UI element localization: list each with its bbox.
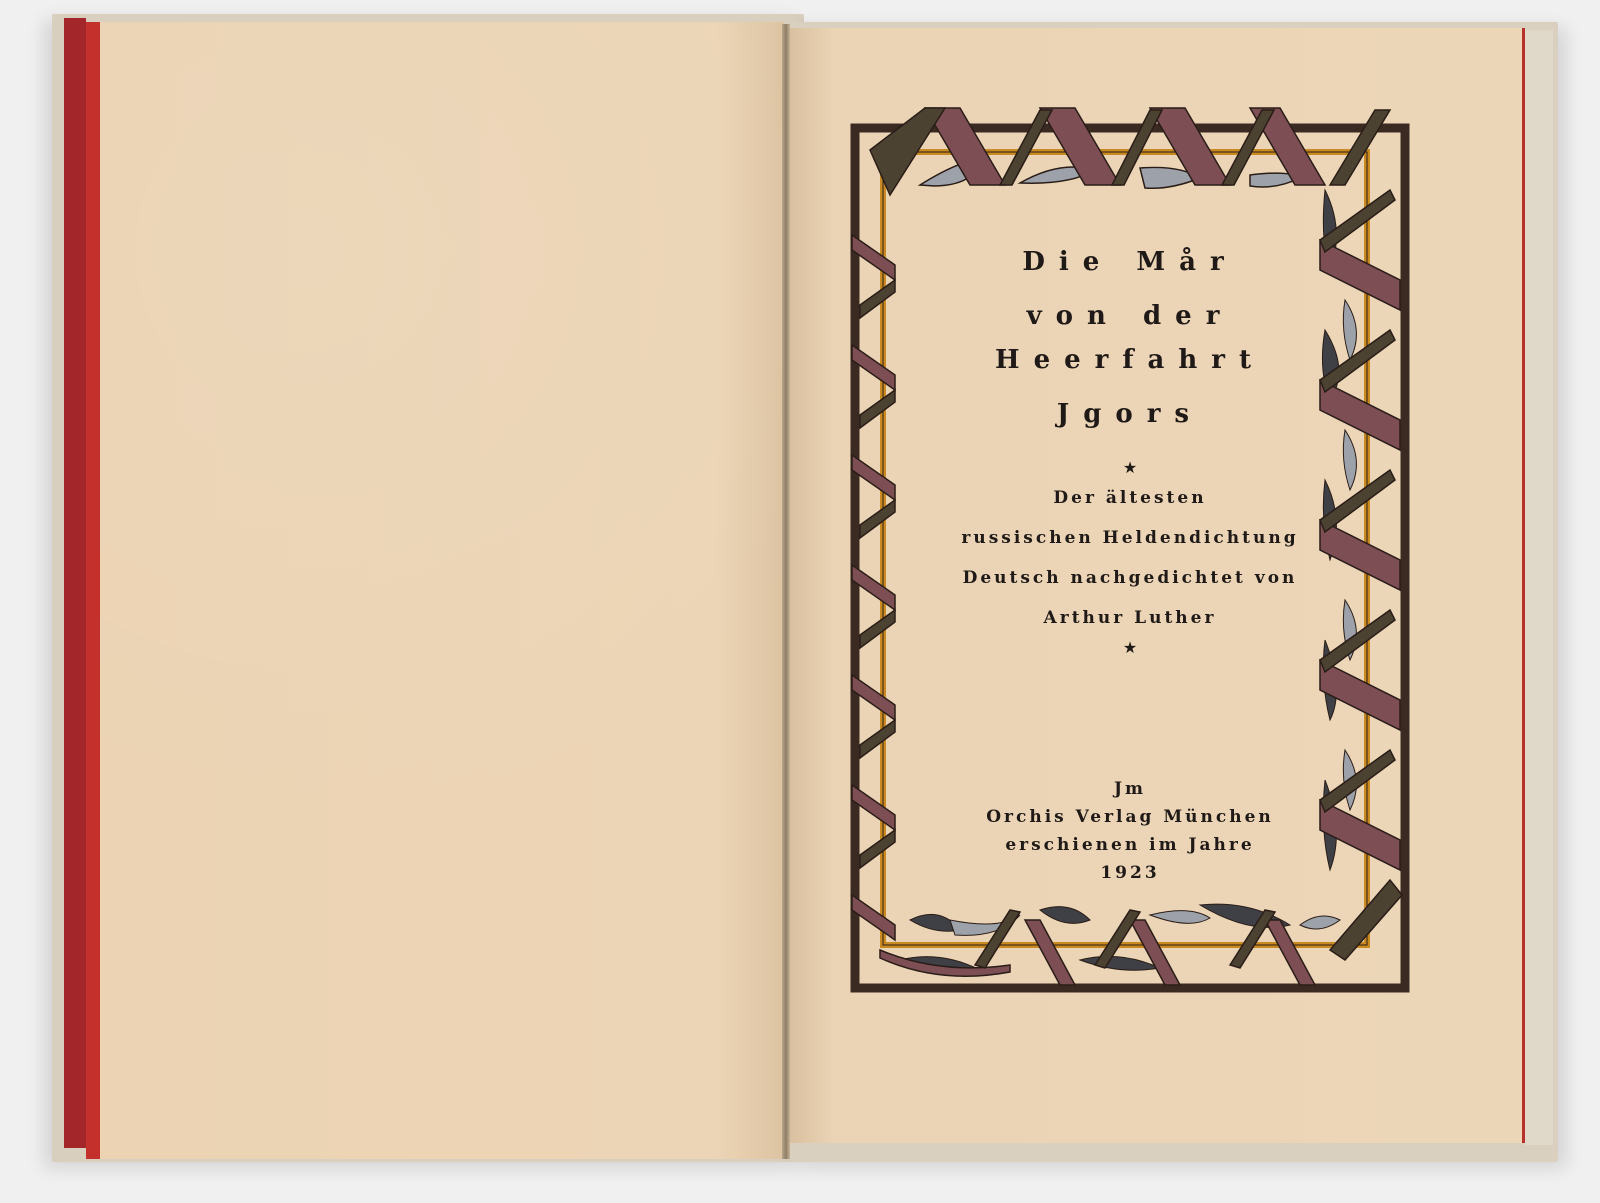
title-block: Die Mår von der Heerfahrt Jgors ★ Der äl… — [900, 230, 1360, 658]
subtitle-line-1: Der ältesten — [900, 478, 1360, 518]
star-ornament-icon: ★ — [900, 458, 1360, 478]
title-line-3: Jgors — [900, 392, 1360, 436]
left-blank-page — [100, 22, 784, 1159]
star-ornament-icon: ★ — [900, 638, 1360, 658]
book-gutter — [782, 24, 790, 1159]
imprint-block: Jm Orchis Verlag München erschienen im J… — [900, 775, 1360, 887]
title-line-1: Die Mår — [900, 240, 1360, 284]
red-flyleaf-edge — [86, 22, 100, 1159]
title-line-2: von der Heerfahrt — [900, 294, 1360, 382]
subtitle-line-2: russischen Heldendichtung — [900, 518, 1360, 558]
author-name: Arthur Luther — [900, 598, 1360, 638]
right-board-edge — [1525, 30, 1553, 1145]
publication-year: 1923 — [900, 859, 1360, 887]
imprint-line-3: erschienen im Jahre — [900, 831, 1360, 859]
imprint-line-1: Jm — [900, 775, 1360, 803]
subtitle-line-3: Deutsch nachgedichtet von — [900, 558, 1360, 598]
publisher-name: Orchis Verlag München — [900, 803, 1360, 831]
red-endpaper-edge — [64, 18, 86, 1148]
